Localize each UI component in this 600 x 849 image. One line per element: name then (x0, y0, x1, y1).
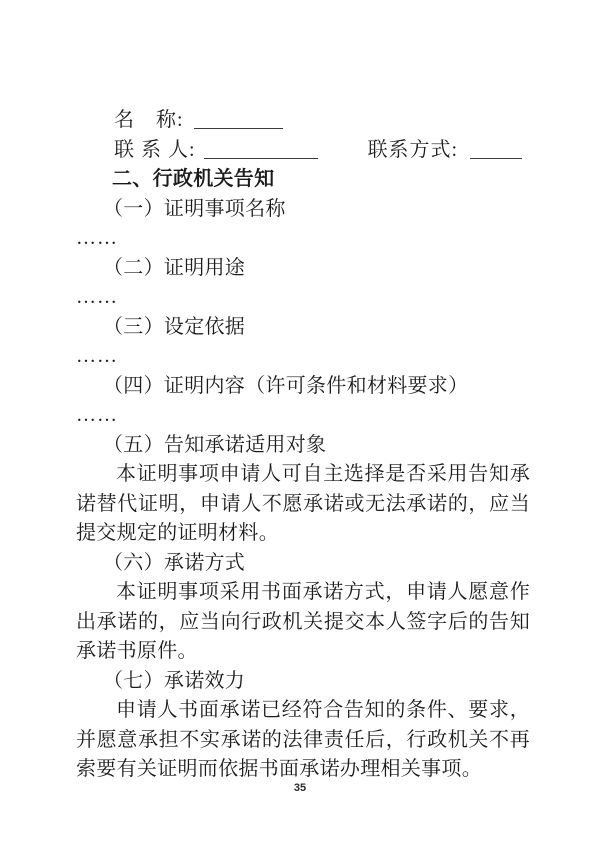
item-4-placeholder: …… (76, 401, 530, 431)
item-2-title: （二）证明用途 (76, 254, 530, 284)
item-1-title: （一）证明事项名称 (76, 195, 530, 225)
item-3-title: （三）设定依据 (76, 313, 530, 343)
name-blank-line (194, 111, 283, 129)
contact-field-row: 联 系 人:联系方式: (76, 136, 530, 166)
document-page: 名 称: 联 系 人:联系方式: 二、行政机关告知 （一）证明事项名称 …… （… (0, 0, 600, 849)
item-6-title: （六）承诺方式 (76, 549, 530, 579)
item-6-paragraph: 本证明事项采用书面承诺方式，申请人愿意作出承诺的，应当向行政机关提交本人签字后的… (76, 578, 530, 667)
item-5-paragraph: 本证明事项申请人可自主选择是否采用告知承诺替代证明，申请人不愿承诺或无法承诺的，… (76, 460, 530, 549)
contact-method-label: 联系方式: (368, 139, 459, 161)
name-label: 名 称: (114, 109, 184, 131)
contact-person-blank-line (204, 141, 318, 159)
document-content: 名 称: 联 系 人:联系方式: 二、行政机关告知 （一）证明事项名称 …… （… (76, 106, 530, 785)
section-heading: 二、行政机关告知 (76, 165, 530, 195)
item-4-title: （四）证明内容（许可条件和材料要求） (76, 372, 530, 402)
item-5-title: （五）告知承诺适用对象 (76, 431, 530, 461)
item-1-placeholder: …… (76, 224, 530, 254)
item-3-placeholder: …… (76, 342, 530, 372)
item-2-placeholder: …… (76, 283, 530, 313)
item-7-title: （七）承诺效力 (76, 667, 530, 697)
item-7-paragraph: 申请人书面承诺已经符合告知的条件、要求，并愿意承担不实承诺的法律责任后，行政机关… (76, 696, 530, 785)
name-field-row: 名 称: (76, 106, 530, 136)
contact-method-blank-line (470, 141, 522, 159)
page-number: 35 (0, 782, 600, 794)
contact-person-label: 联 系 人: (114, 139, 196, 161)
